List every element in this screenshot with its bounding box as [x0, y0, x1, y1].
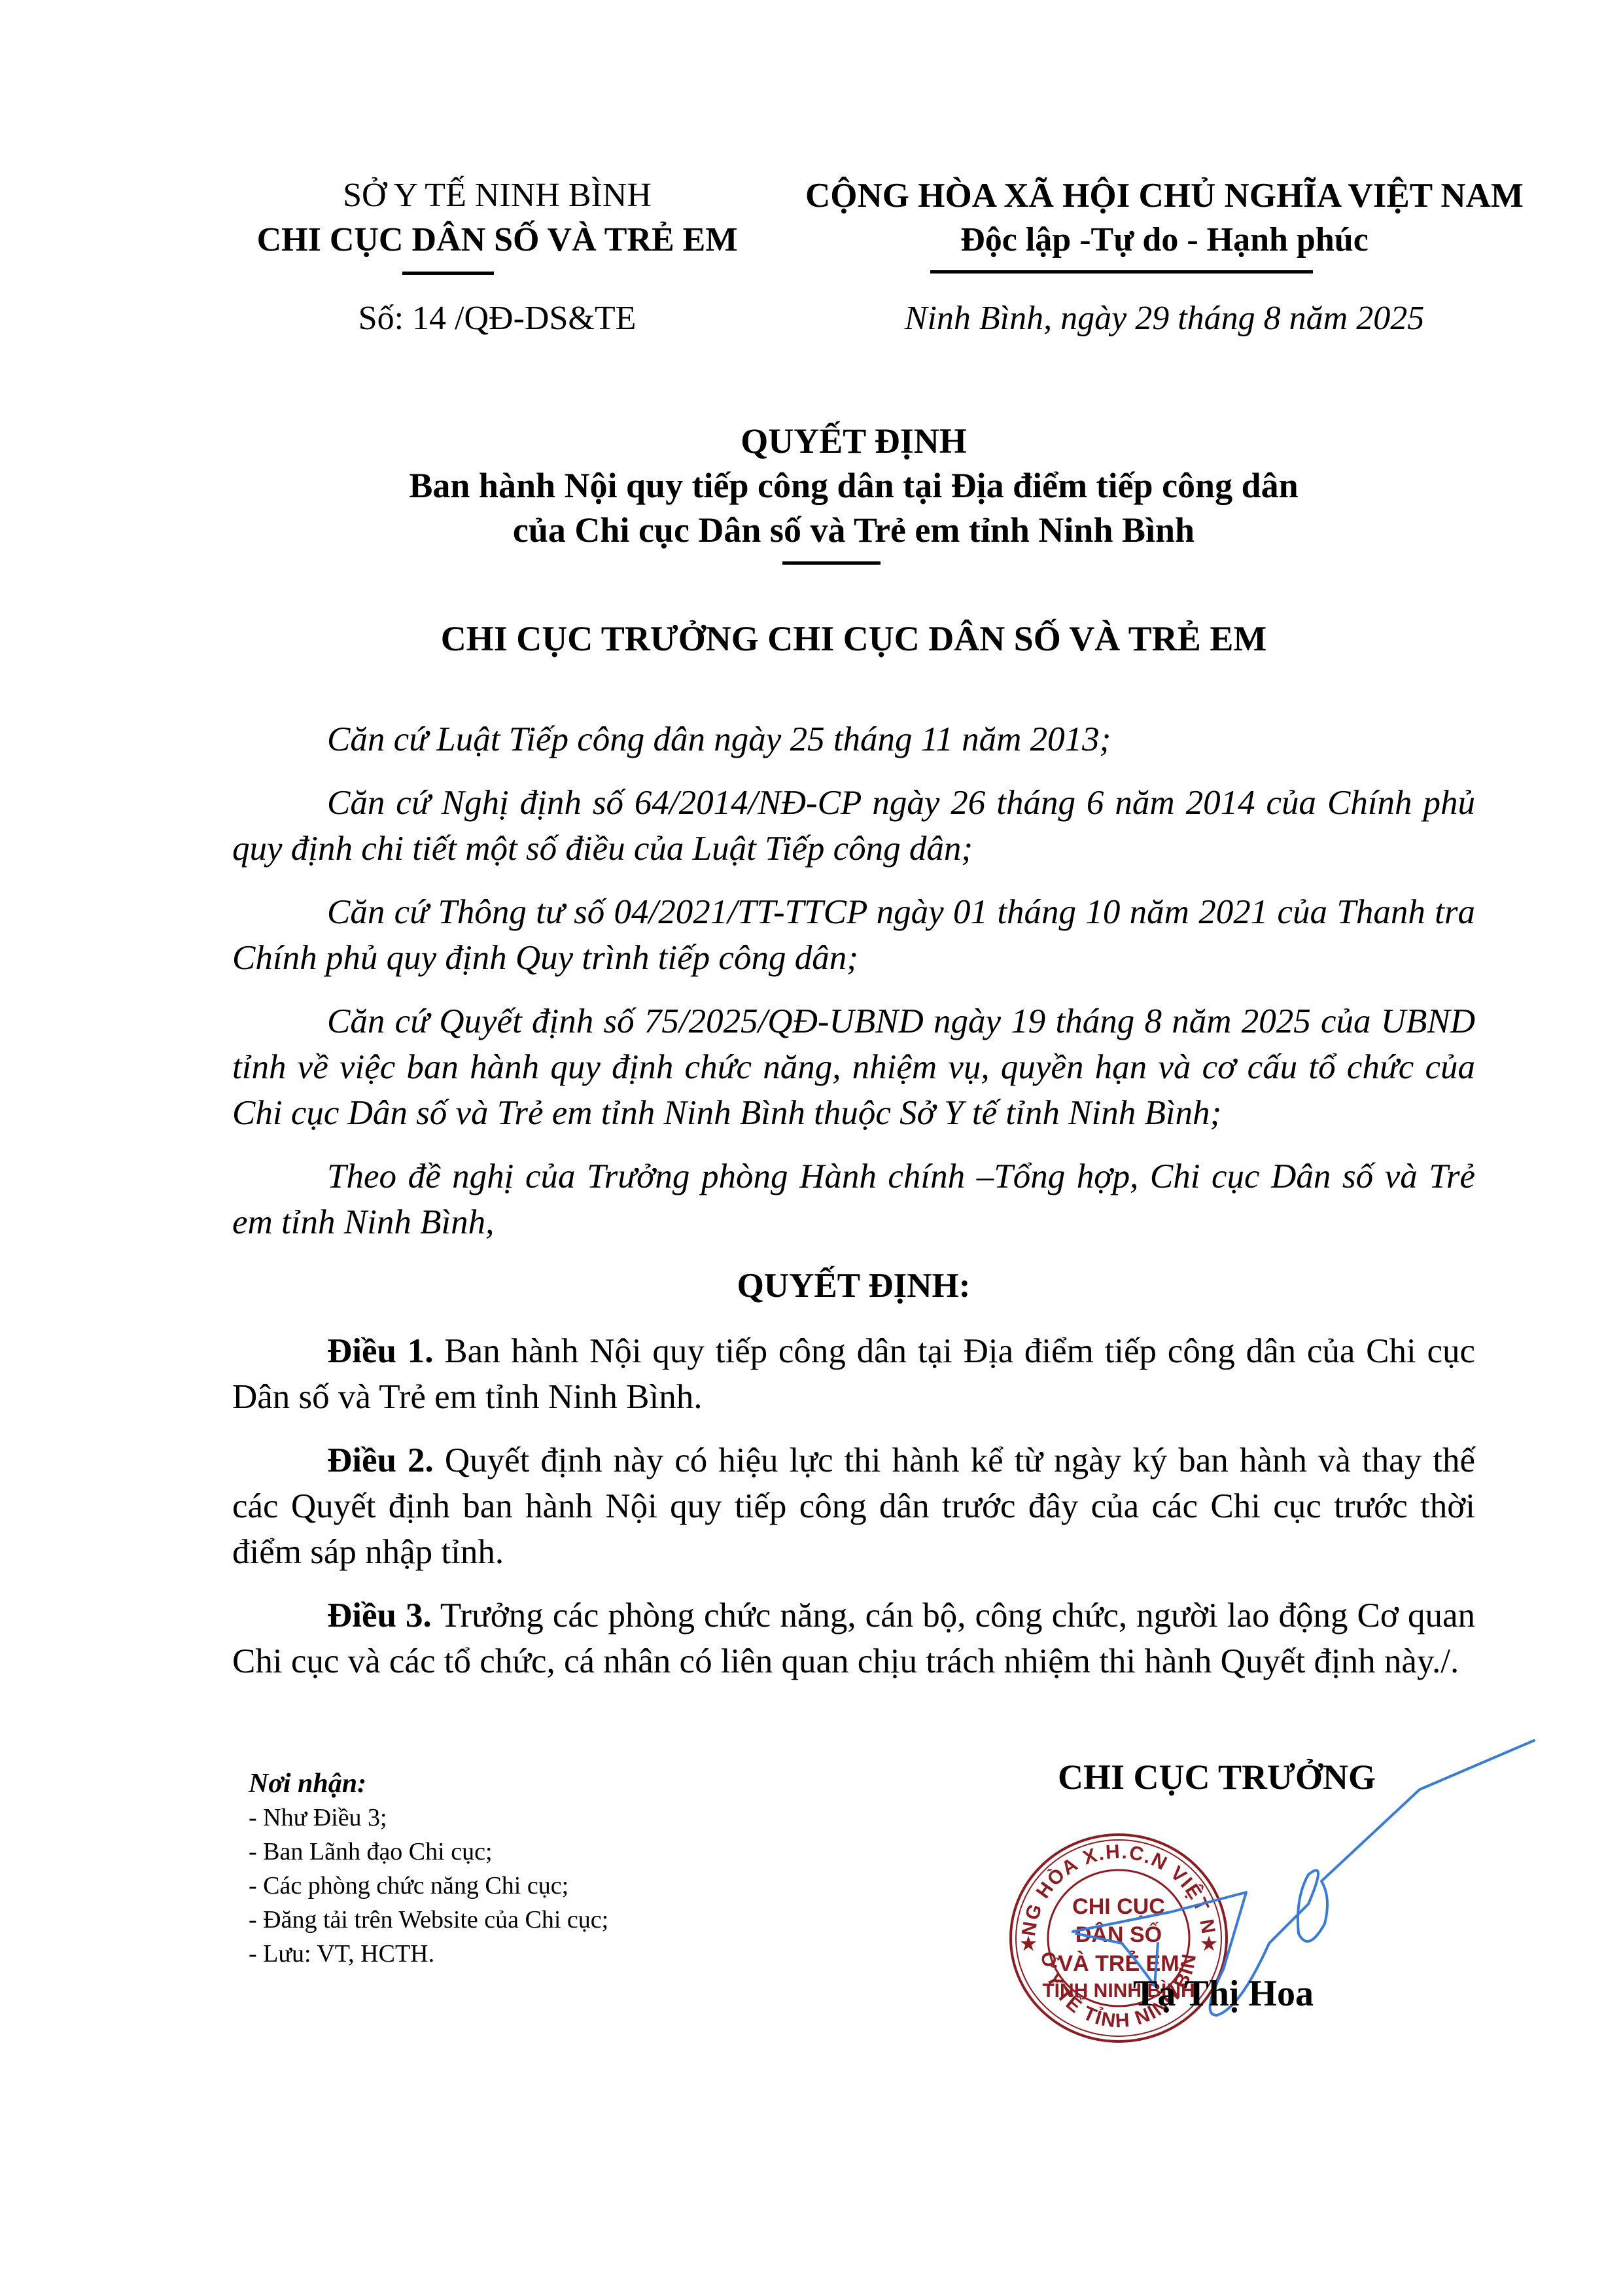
recipient-item: - Các phòng chức năng Chi cục;: [249, 1869, 772, 1903]
legal-basis-1: Căn cứ Luật Tiếp công dân ngày 25 tháng …: [232, 716, 1475, 762]
motto-underline: [930, 270, 1313, 274]
article-1-label: Điều 1.: [327, 1332, 434, 1370]
nation-name: CỘNG HÒA XÃ HỘI CHỦ NGHĨA VIỆT NAM: [759, 173, 1570, 218]
signer-name: Tạ Thị Hoa: [1073, 1973, 1374, 2015]
recipient-item: - Đăng tải trên Website của Chi cục;: [249, 1903, 772, 1937]
decision-title-block: QUYẾT ĐỊNH Ban hành Nội quy tiếp công dâ…: [216, 419, 1492, 552]
recipient-item: - Như Điều 3;: [249, 1801, 772, 1835]
document-type-heading: QUYẾT ĐỊNH: [216, 419, 1492, 463]
document-subject-line-2: của Chi cục Dân số và Trẻ em tỉnh Ninh B…: [216, 508, 1492, 552]
document-subject-line-1: Ban hành Nội quy tiếp công dân tại Địa đ…: [216, 463, 1492, 508]
national-motto: Độc lập -Tự do - Hạnh phúc: [759, 218, 1570, 262]
national-header-block: CỘNG HÒA XÃ HỘI CHỦ NGHĨA VIỆT NAM Độc l…: [759, 173, 1570, 341]
article-2: Điều 2. Quyết định này có hiệu lực thi h…: [232, 1438, 1475, 1575]
article-3-label: Điều 3.: [327, 1597, 432, 1634]
decision-heading: QUYẾT ĐỊNH:: [232, 1263, 1475, 1309]
issuing-agency-block: SỞ Y TẾ NINH BÌNH CHI CỤC DÂN SỐ VÀ TRẺ …: [196, 173, 798, 341]
article-2-label: Điều 2.: [327, 1441, 434, 1479]
article-1: Điều 1. Ban hành Nội quy tiếp công dân t…: [232, 1328, 1475, 1420]
proposal-basis: Theo đề nghị của Trưởng phòng Hành chính…: [232, 1154, 1475, 1245]
document-number: Số: 14 /QĐ-DS&TE: [196, 296, 798, 341]
recipients-label: Nơi nhận:: [249, 1767, 772, 1801]
legal-basis-2: Căn cứ Nghị định số 64/2014/NĐ-CP ngày 2…: [232, 780, 1475, 872]
legal-basis-3: Căn cứ Thông tư số 04/2021/TT-TTCP ngày …: [232, 889, 1475, 981]
issuing-org: CHI CỤC DÂN SỐ VÀ TRẺ EM: [196, 218, 798, 262]
recipients-block: Nơi nhận: - Như Điều 3; - Ban Lãnh đạo C…: [249, 1767, 772, 1971]
issuing-authority: CHI CỤC TRƯỞNG CHI CỤC DÂN SỐ VÀ TRẺ EM: [216, 618, 1492, 659]
recipient-item: - Ban Lãnh đạo Chi cục;: [249, 1835, 772, 1869]
place-date: Ninh Bình, ngày 29 tháng 8 năm 2025: [759, 296, 1570, 341]
recipient-item: - Lưu: VT, HCTH.: [249, 1937, 772, 1971]
article-3: Điều 3. Trưởng các phòng chức năng, cán …: [232, 1593, 1475, 1684]
title-underline: [782, 561, 881, 565]
legal-basis-4: Căn cứ Quyết định số 75/2025/QĐ-UBND ngà…: [232, 998, 1475, 1136]
org-underline: [402, 272, 494, 275]
parent-org: SỞ Y TẾ NINH BÌNH: [196, 173, 798, 218]
document-body: Căn cứ Luật Tiếp công dân ngày 25 tháng …: [232, 716, 1475, 1702]
